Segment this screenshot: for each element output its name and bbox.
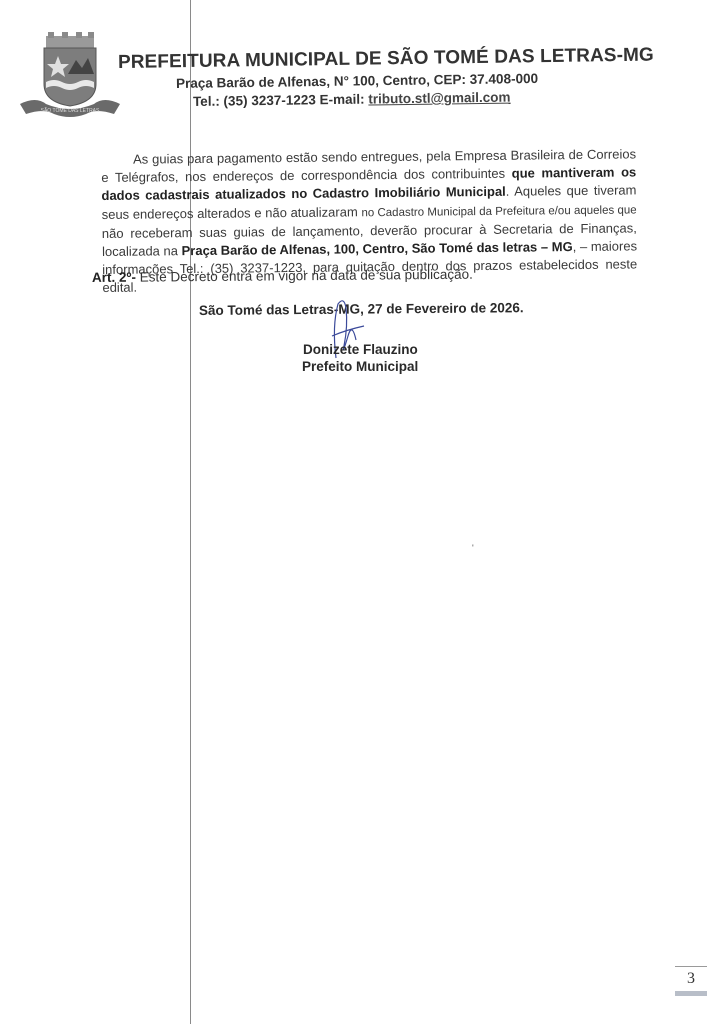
svg-text:SÃO TOMÉ DAS LETRAS: SÃO TOMÉ DAS LETRAS <box>41 107 100 114</box>
paragraph-text: no Cadastro Municipal da Prefeitura e/ou… <box>361 204 636 219</box>
article-label: Art. 2º- <box>92 270 136 285</box>
phone-label: Tel.: (35) 3237-1223 E-mail: <box>193 92 369 109</box>
signer-name: Donizete Flauzino <box>303 342 418 357</box>
divider <box>675 966 707 967</box>
stray-mark: ' <box>472 543 474 553</box>
page-number: 3 <box>675 970 707 988</box>
paragraph-bold-text: Praça Barão de Alfenas, 100, Centro, São… <box>182 239 573 258</box>
page-stamp-bar <box>675 991 707 996</box>
page-number-box: 3 <box>675 966 707 996</box>
signer-role: Prefeito Municipal <box>302 359 418 374</box>
municipality-address: Praça Barão de Alfenas, N° 100, Centro, … <box>176 71 538 91</box>
email-link[interactable]: tributo.stl@gmail.com <box>368 90 510 107</box>
municipal-coat-of-arms-icon: SÃO TOMÉ DAS LETRAS <box>16 32 124 120</box>
municipality-contact: Tel.: (35) 3237-1223 E-mail: tributo.stl… <box>193 90 511 109</box>
article-text: Este Decreto entra em vigor na data de s… <box>136 267 473 285</box>
